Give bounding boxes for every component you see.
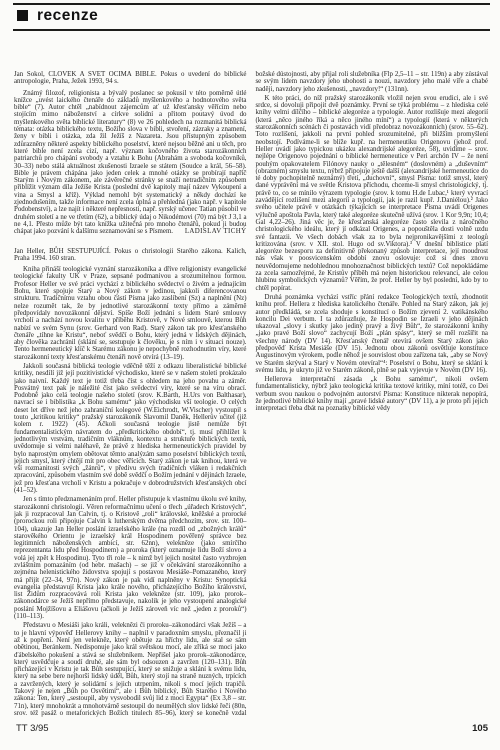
journal-issue: TT 3/95 [16, 723, 49, 734]
section-title: recenze [37, 8, 98, 24]
page-number: 105 [472, 723, 488, 734]
review-1-heading: Jan Sokol, ČLOVĚK A SVĚT OČIMA BIBLE. Po… [14, 71, 247, 86]
review-2-heading: Jan Heller, BŮH SESTUPUJÍCÍ. Pokus o chr… [14, 248, 247, 263]
review-text-columns: Jan Sokol, ČLOVĚK A SVĚT OČIMA BIBLE. Po… [14, 71, 488, 721]
review-2-paragraph-1: Kniha přináší teologické vyznání starozá… [14, 266, 247, 361]
header-rule-top [13, 3, 490, 5]
page-footer: TT 3/95 105 [16, 723, 488, 734]
review-2-paragraph-3: Jen s tímto předznamenáním prof. Heller … [14, 496, 247, 620]
review-2-paragraph-6: Druhá poznámka vychází vstříc přání reda… [256, 294, 489, 374]
section-marker-icon [17, 10, 28, 21]
page: { "header": { "section_label": "recenze"… [0, 0, 500, 750]
header-rule-bottom [13, 29, 490, 31]
review-2-paragraph-7: Hellerova interpretační zásada „k Bohu s… [256, 376, 489, 412]
review-2-paragraph-5: K této práci, do níž pražský starozákoní… [256, 95, 489, 292]
review-2-paragraph-2: Jakkoli současná biblická teologie vděčn… [14, 363, 247, 494]
review-1-body-text: Známý filozof, religionista a bývalý pos… [14, 90, 247, 236]
review-1-body: Známý filozof, religionista a bývalý pos… [14, 90, 247, 236]
reviewer-signature: LADISLAV TICHÝ [176, 228, 247, 235]
page-header: recenze [17, 8, 98, 24]
